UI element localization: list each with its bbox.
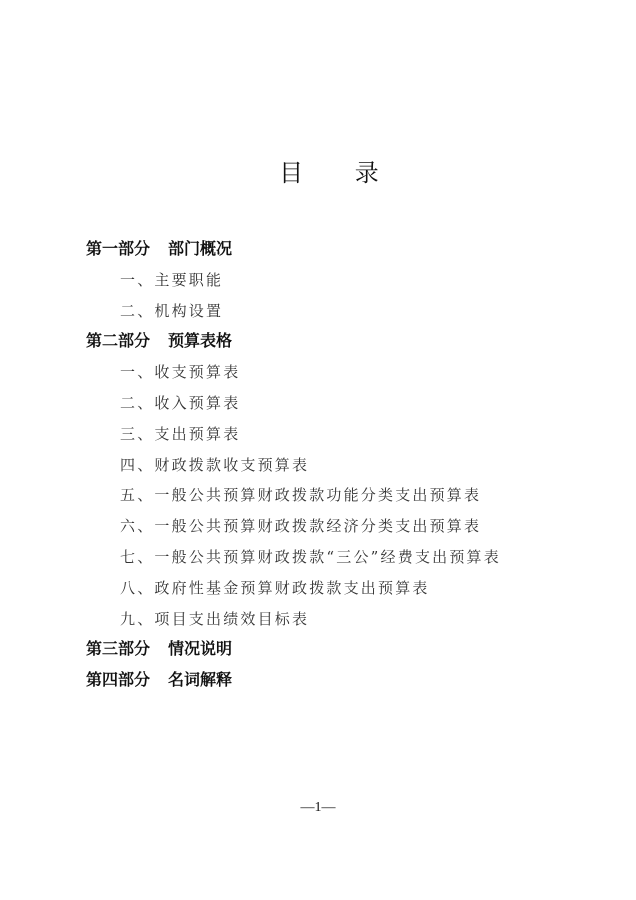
toc-part-3[interactable]: 第三部分情况说明 [0,634,636,665]
part-name: 部门概况 [168,239,232,258]
document-page: 目 录 第一部分部门概况 一、主要职能 二、机构设置 第二部分预算表格 一、收支… [0,0,636,900]
part-label: 第二部分 [86,331,150,350]
toc-item[interactable]: 九、项目支出绩效目标表 [0,604,636,635]
toc-item[interactable]: 七、一般公共预算财政拨款“三公”经费支出预算表 [0,542,636,573]
toc-part-2[interactable]: 第二部分预算表格 [0,326,636,357]
toc-item[interactable]: 一、主要职能 [0,265,636,296]
toc-item[interactable]: 六、一般公共预算财政拨款经济分类支出预算表 [0,511,636,542]
part-label: 第一部分 [86,239,150,258]
toc-part-1[interactable]: 第一部分部门概况 [0,234,636,265]
toc-item[interactable]: 四、财政拨款收支预算表 [0,450,636,481]
part-name: 预算表格 [168,331,232,350]
toc-item[interactable]: 二、收入预算表 [0,388,636,419]
toc-item[interactable]: 二、机构设置 [0,296,636,327]
toc-item[interactable]: 五、一般公共预算财政拨款功能分类支出预算表 [0,480,636,511]
part-name: 名词解释 [168,670,232,689]
toc-part-4[interactable]: 第四部分名词解释 [0,665,636,696]
part-name: 情况说明 [168,639,232,658]
part-label: 第四部分 [86,670,150,689]
page-title: 目 录 [0,153,636,188]
part-label: 第三部分 [86,639,150,658]
page-number: —1— [0,800,636,816]
toc-item[interactable]: 一、收支预算表 [0,357,636,388]
table-of-contents: 第一部分部门概况 一、主要职能 二、机构设置 第二部分预算表格 一、收支预算表 … [0,234,636,696]
toc-item[interactable]: 八、政府性基金预算财政拨款支出预算表 [0,573,636,604]
toc-item[interactable]: 三、支出预算表 [0,419,636,450]
